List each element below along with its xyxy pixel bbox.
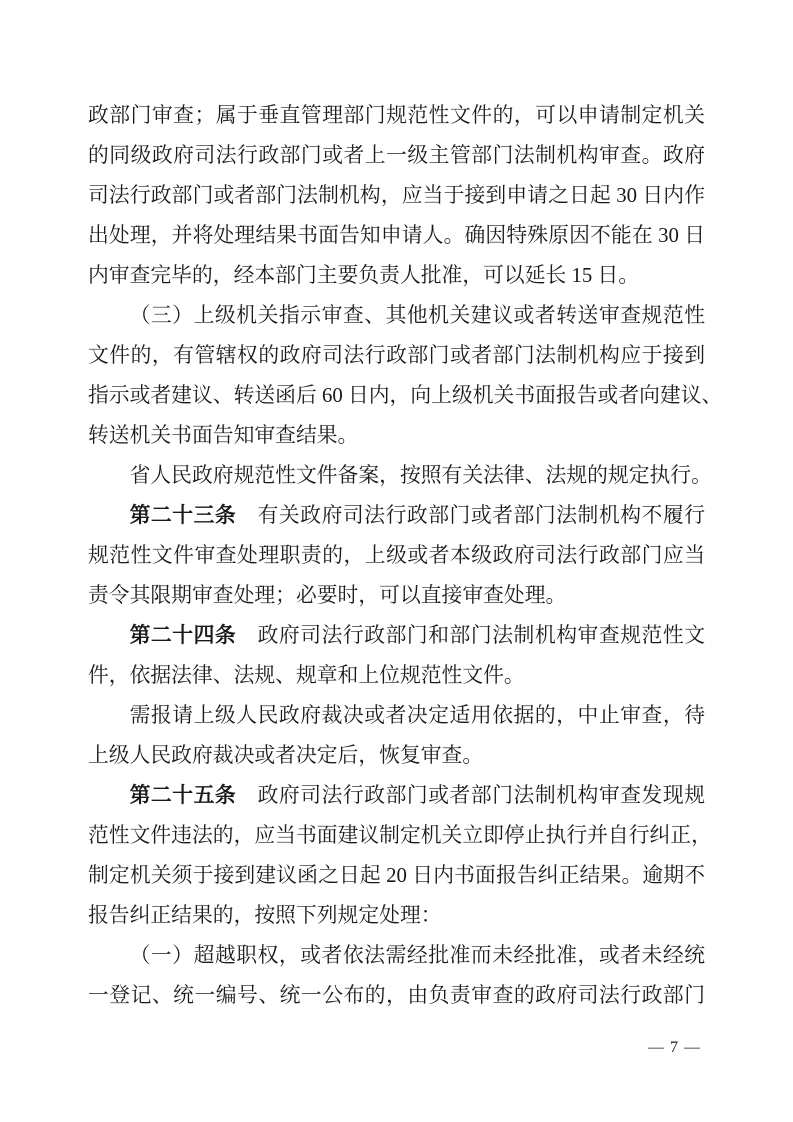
text-run: 规范性文件审查处理职责的，上级或者本级政府司法行政部门应当: [88, 544, 705, 567]
text-line: （三）上级机关指示审查、其他机关建议或者转送审查规范性: [88, 296, 705, 336]
text-line: 件，依据法律、法规、规章和上位规范性文件。: [88, 656, 705, 696]
text-run: 上级人民政府裁决或者决定后，恢复审查。: [88, 744, 483, 767]
text-line: 出处理，并将处理结果书面告知申请人。确因特殊原因不能在 30 日: [88, 216, 705, 256]
text-run: （三）上级机关指示审查、其他机关建议或者转送审查规范性: [130, 304, 705, 327]
article-heading: 第二十四条: [130, 624, 237, 647]
text-run: 出处理，并将处理结果书面告知申请人。确因特殊原因不能在 30 日: [88, 224, 705, 247]
text-run: 责令其限期审查处理；必要时，可以直接审查处理。: [88, 584, 566, 607]
text-line: 报告纠正结果的，按照下列规定处理：: [88, 896, 705, 936]
page-number: — 7 —: [648, 1036, 701, 1060]
text-run: 报告纠正结果的，按照下列规定处理：: [88, 904, 442, 927]
text-run: 指示或者建议、转送函后 60 日内，向上级机关书面报告或者向建议、: [88, 384, 722, 407]
text-run: 内审查完毕的，经本部门主要负责人批准，可以延长 15 日。: [88, 264, 639, 287]
text-line: 的同级政府司法行政部门或者上一级主管部门法制机构审查。政府: [88, 136, 705, 176]
text-line: 一登记、统一编号、统一公布的，由负责审查的政府司法行政部门: [88, 976, 705, 1016]
text-line: 规范性文件审查处理职责的，上级或者本级政府司法行政部门应当: [88, 536, 705, 576]
text-line: （一）超越职权，或者依法需经批准而未经批准，或者未经统: [88, 936, 705, 976]
text-run: 政部门审查；属于垂直管理部门规范性文件的，可以申请制定机关: [88, 104, 705, 127]
document-lines: 政部门审查；属于垂直管理部门规范性文件的，可以申请制定机关的同级政府司法行政部门…: [88, 96, 705, 1016]
text-run: （一）超越职权，或者依法需经批准而未经批准，或者未经统: [130, 944, 705, 967]
text-run: 司法行政部门或者部门法制机构，应当于接到申请之日起 30 日内作: [88, 184, 705, 207]
text-line: 政部门审查；属于垂直管理部门规范性文件的，可以申请制定机关: [88, 96, 705, 136]
text-line: 制定机关须于接到建议函之日起 20 日内书面报告纠正结果。逾期不: [88, 856, 705, 896]
text-line: 上级人民政府裁决或者决定后，恢复审查。: [88, 736, 705, 776]
text-line: 指示或者建议、转送函后 60 日内，向上级机关书面报告或者向建议、: [88, 376, 705, 416]
article-heading: 第二十三条: [130, 504, 237, 527]
text-run: 转送机关书面告知审查结果。: [88, 424, 358, 447]
text-line: 责令其限期审查处理；必要时，可以直接审查处理。: [88, 576, 705, 616]
text-run: 范性文件违法的，应当书面建议制定机关立即停止执行并自行纠正，: [88, 824, 712, 847]
text-run: 有关政府司法行政部门或者部门法制机构不履行: [236, 504, 705, 527]
text-run: 需报请上级人民政府裁决或者决定适用依据的，中止审查，待: [130, 704, 705, 727]
text-line: 内审查完毕的，经本部门主要负责人批准，可以延长 15 日。: [88, 256, 705, 296]
text-run: 政府司法行政部门或者部门法制机构审查发现规: [236, 784, 705, 807]
text-run: 一登记、统一编号、统一公布的，由负责审查的政府司法行政部门: [88, 984, 705, 1007]
text-run: 省人民政府规范性文件备案，按照有关法律、法规的规定执行。: [130, 464, 712, 487]
text-run: 件，依据法律、法规、规章和上位规范性文件。: [88, 664, 525, 687]
text-line: 第二十三条 有关政府司法行政部门或者部门法制机构不履行: [88, 496, 705, 536]
text-line: 司法行政部门或者部门法制机构，应当于接到申请之日起 30 日内作: [88, 176, 705, 216]
text-line: 需报请上级人民政府裁决或者决定适用依据的，中止审查，待: [88, 696, 705, 736]
text-run: 政府司法行政部门和部门法制机构审查规范性文: [236, 624, 705, 647]
text-line: 转送机关书面告知审查结果。: [88, 416, 705, 456]
text-line: 第二十五条 政府司法行政部门或者部门法制机构审查发现规: [88, 776, 705, 816]
text-line: 文件的，有管辖权的政府司法行政部门或者部门法制机构应于接到: [88, 336, 705, 376]
text-line: 范性文件违法的，应当书面建议制定机关立即停止执行并自行纠正，: [88, 816, 705, 856]
text-run: 制定机关须于接到建议函之日起 20 日内书面报告纠正结果。逾期不: [88, 864, 705, 887]
text-run: 文件的，有管辖权的政府司法行政部门或者部门法制机构应于接到: [88, 344, 705, 367]
text-run: 的同级政府司法行政部门或者上一级主管部门法制机构审查。政府: [88, 144, 705, 167]
article-heading: 第二十五条: [130, 784, 237, 807]
text-line: 省人民政府规范性文件备案，按照有关法律、法规的规定执行。: [88, 456, 705, 496]
text-line: 第二十四条 政府司法行政部门和部门法制机构审查规范性文: [88, 616, 705, 656]
document-page: 政部门审查；属于垂直管理部门规范性文件的，可以申请制定机关的同级政府司法行政部门…: [0, 0, 793, 1122]
